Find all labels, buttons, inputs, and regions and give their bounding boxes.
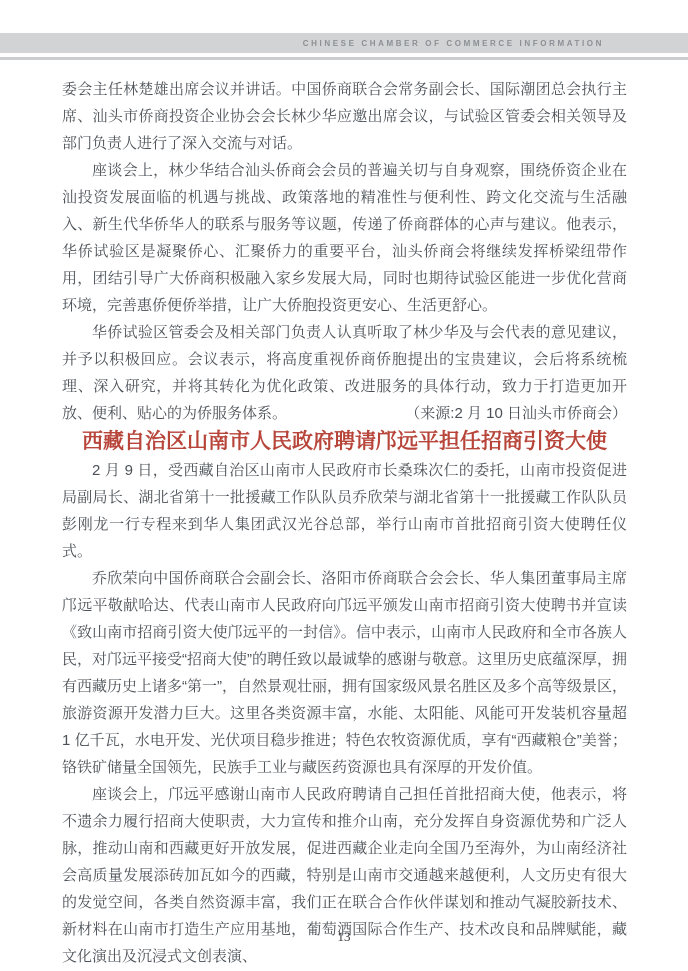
page-number: 13 <box>0 929 688 945</box>
paragraph: 委会主任林楚雄出席会议并讲话。中国侨商联合会常务副会长、国际潮团总会执行主席、汕… <box>62 76 627 157</box>
paragraph: 2 月 9 日，受西藏自治区山南市人民政府市长桑珠次仁的委托，山南市投资促进局副… <box>62 457 627 565</box>
header-banner: CHINESE CHAMBER OF COMMERCE INFORMATION <box>0 33 688 53</box>
page-content: 委会主任林楚雄出席会议并讲话。中国侨商联合会常务副会长、国际潮团总会执行主席、汕… <box>62 76 627 970</box>
paragraph: 华侨试验区管委会及相关部门负责人认真听取了林少华及与会代表的意见建议，并予以积极… <box>62 319 627 427</box>
source-label: （来源:2 月 10 日汕头市侨商会） <box>375 400 627 427</box>
article-2: 西藏自治区山南市人民政府聘请邝远平担任招商引资大使 2 月 9 日，受西藏自治区… <box>62 427 627 970</box>
paragraph: 乔欣荣向中国侨商联合会副会长、洛阳市侨商联合会会长、华人集团董事局主席邝远平敬献… <box>62 565 627 781</box>
article-title: 西藏自治区山南市人民政府聘请邝远平担任招商引资大使 <box>62 427 627 457</box>
document-page: CHINESE CHAMBER OF COMMERCE INFORMATION … <box>0 0 688 971</box>
article-1: 委会主任林楚雄出席会议并讲话。中国侨商联合会常务副会长、国际潮团总会执行主席、汕… <box>62 76 627 427</box>
paragraph: 座谈会上，林少华结合汕头侨商会会员的普遍关切与自身观察，围绕侨资企业在汕投资发展… <box>62 157 627 319</box>
banner-title: CHINESE CHAMBER OF COMMERCE INFORMATION <box>303 39 604 48</box>
header-divider-rule <box>0 57 688 60</box>
